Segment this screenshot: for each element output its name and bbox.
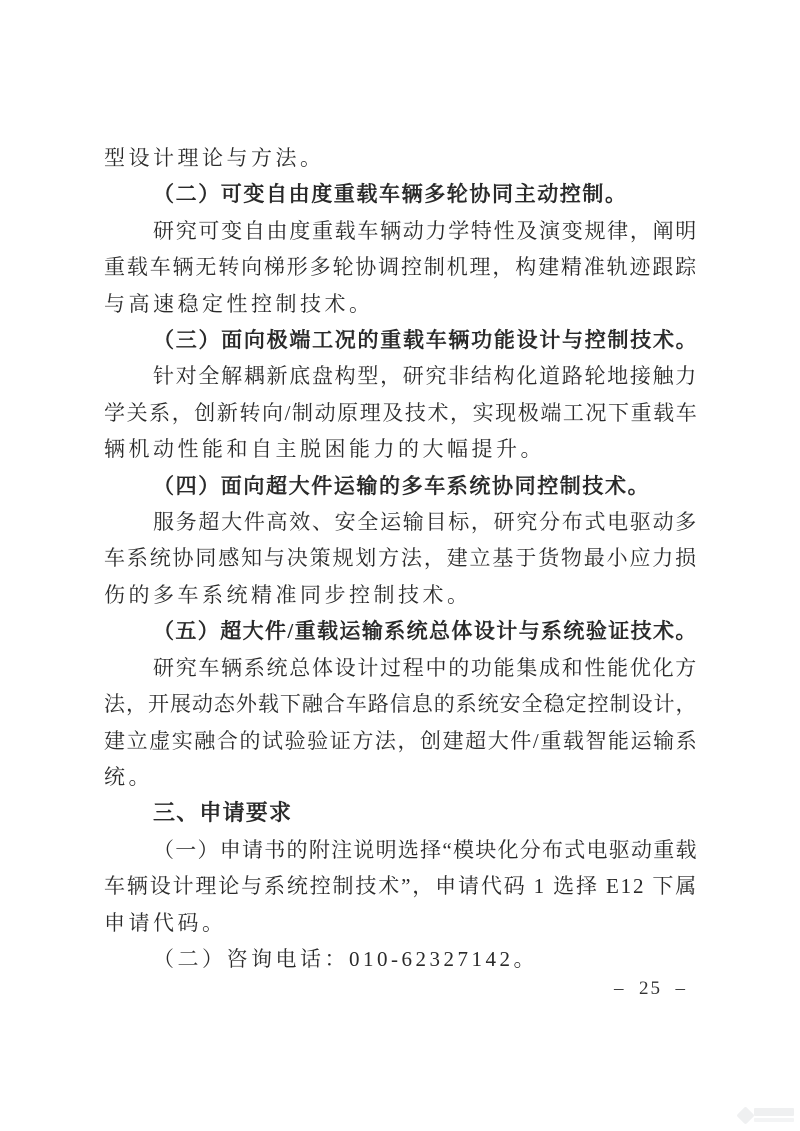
doc-line: 学关系，创新转向/制动原理及技术，实现极端工况下重载车 xyxy=(104,395,698,431)
doc-line: 研究车辆系统总体设计过程中的功能集成和性能优化方 xyxy=(104,650,698,686)
watermark-text-sub xyxy=(754,1118,794,1122)
doc-line: 型设计理论与方法。 xyxy=(104,140,325,176)
watermark xyxy=(739,1105,797,1125)
doc-line: （一）申请书的附注说明选择“模块化分布式电驱动重载 xyxy=(104,832,698,868)
document-body: 型设计理论与方法。（二）可变自由度重载车辆多轮协同主动控制。研究可变自由度重载车… xyxy=(104,140,698,977)
doc-line: 法，开展动态外载下融合车路信息的系统安全稳定控制设计， xyxy=(104,686,698,722)
doc-line: （二）可变自由度重载车辆多轮协同主动控制。 xyxy=(104,176,628,212)
doc-line: 三、申请要求 xyxy=(104,795,292,831)
doc-line: 重载车辆无转向梯形多轮协调控制机理，构建精准轨迹跟踪 xyxy=(104,249,698,285)
doc-line: （四）面向超大件运输的多车系统协同控制技术。 xyxy=(104,468,650,504)
doc-line: 与高速稳定性控制技术。 xyxy=(104,286,374,322)
doc-line: （三）面向极端工况的重载车辆功能设计与控制技术。 xyxy=(104,322,698,358)
doc-line: 统。 xyxy=(104,759,153,795)
doc-line: 车系统协同感知与决策规划方法，建立基于货物最小应力损 xyxy=(104,540,698,576)
doc-line: 辆机动性能和自主脱困能力的大幅提升。 xyxy=(104,431,545,467)
doc-line: 车辆设计理论与系统控制技术”，申请代码 1 选择 E12 下属 xyxy=(104,868,698,904)
watermark-logo-icon xyxy=(736,1106,754,1124)
page-number: – 25 – xyxy=(614,978,687,1000)
doc-line: 伤的多车系统精准同步控制技术。 xyxy=(104,577,472,613)
doc-line: （二）咨询电话：010-62327142。 xyxy=(104,941,538,977)
doc-line: 服务超大件高效、安全运输目标，研究分布式电驱动多 xyxy=(104,504,698,540)
doc-line: 研究可变自由度重载车辆动力学特性及演变规律，阐明 xyxy=(104,213,698,249)
doc-line: 针对全解耦新底盘构型，研究非结构化道路轮地接触力 xyxy=(104,358,698,394)
document-page: 型设计理论与方法。（二）可变自由度重载车辆多轮协同主动控制。研究可变自由度重载车… xyxy=(0,0,800,1131)
watermark-text-main xyxy=(754,1108,794,1116)
watermark-text xyxy=(754,1108,794,1122)
doc-line: 建立虚实融合的试验验证方法，创建超大件/重载智能运输系 xyxy=(104,723,698,759)
doc-line: （五）超大件/重载运输系统总体设计与系统验证技术。 xyxy=(104,613,698,649)
doc-line: 申请代码。 xyxy=(104,905,227,941)
